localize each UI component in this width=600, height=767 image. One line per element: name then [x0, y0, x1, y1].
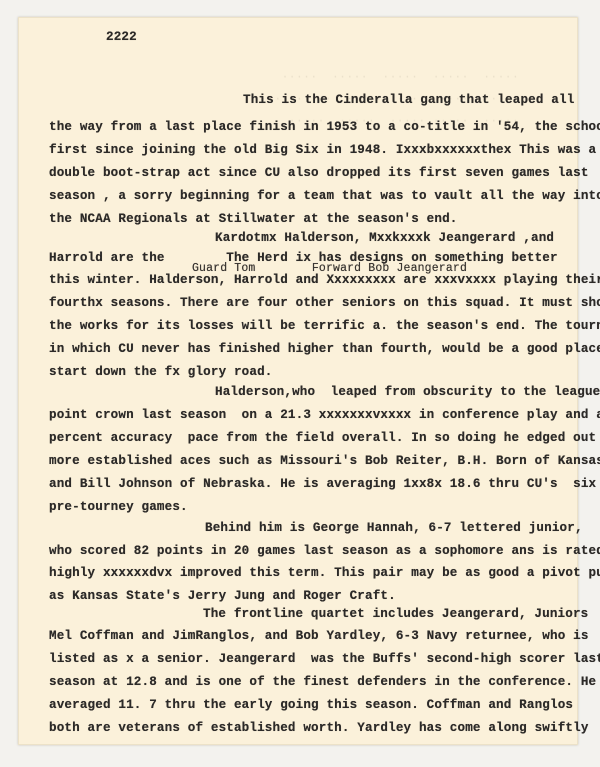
- text-line-23: as Kansas State's Jerry Jung and Roger C…: [49, 589, 396, 603]
- text-line-5: season , a sorry beginning for a team th…: [49, 189, 600, 203]
- text-line-4: double boot-strap act since CU also drop…: [49, 166, 589, 180]
- text-line-15: point crown last season on a 21.3 xxxxxx…: [49, 408, 600, 422]
- page-number: 2222: [106, 30, 137, 44]
- text-line-1: This is the Cinderalla gang that leaped …: [243, 93, 574, 107]
- text-line-29: both are veterans of established worth. …: [49, 721, 589, 735]
- text-line-21: who scored 82 points in 20 games last se…: [49, 544, 600, 558]
- text-line-18: and Bill Johnson of Nebraska. He is aver…: [49, 477, 596, 491]
- text-line-3: first since joining the old Big Six in 1…: [49, 143, 596, 157]
- text-line-7-insert: Kardotmx Halderson, Mxxkxxxk Jeangerard …: [215, 231, 554, 245]
- text-line-19: pre-tourney games.: [49, 500, 188, 514]
- text-line-17: more established aces such as Missouri's…: [49, 454, 600, 468]
- text-line-22: highly xxxxxxdvx improved this term. Thi…: [49, 566, 600, 580]
- text-line-27: season at 12.8 and is one of the finest …: [49, 675, 596, 689]
- text-line-25: Mel Coffman and JimRanglos, and Bob Yard…: [49, 629, 589, 643]
- text-line-2: the way from a last place finish in 1953…: [49, 120, 600, 134]
- text-line-9: this winter. Halderson, Harrold and Xxxx…: [49, 273, 600, 287]
- text-line-11: the works for its losses will be terrifi…: [49, 319, 600, 333]
- text-line-14: Halderson,who leaped from obscurity to t…: [215, 385, 600, 399]
- text-line-6: the NCAA Regionals at Stillwater at the …: [49, 212, 458, 226]
- text-line-28: averaged 11. 7 thru the early going this…: [49, 698, 573, 712]
- text-line-26: listed as x a senior. Jeangerard was the…: [49, 652, 600, 666]
- text-line-13: start down the fx glory road.: [49, 365, 273, 379]
- text-line-10: fourthx seasons. There are four other se…: [49, 296, 600, 310]
- text-line-16: percent accuracy pace from the field ove…: [49, 431, 596, 445]
- text-line-12: in which CU never has finished higher th…: [49, 342, 600, 356]
- text-line-24: The frontline quartet includes Jeangerar…: [203, 607, 588, 621]
- text-line-20: Behind him is George Hannah, 6-7 lettere…: [205, 521, 583, 535]
